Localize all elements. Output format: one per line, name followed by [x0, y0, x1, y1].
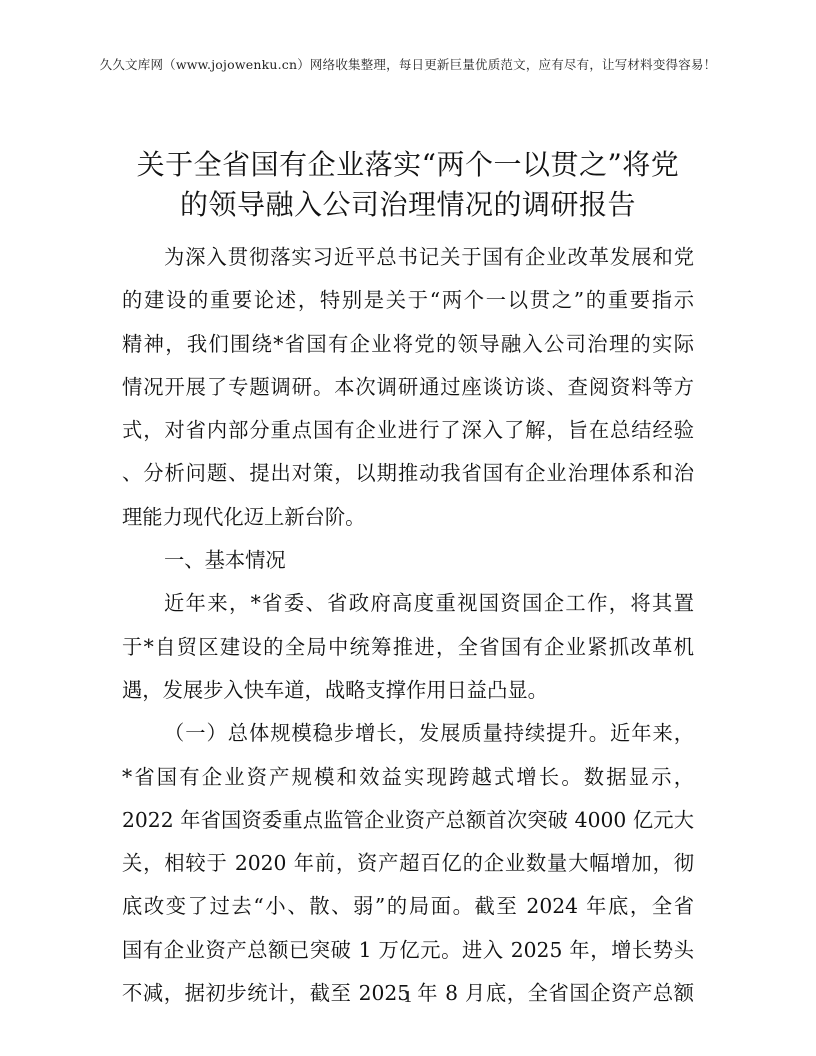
section-heading: 一、基本情况	[122, 539, 694, 582]
title-line: 的领导融入公司治理情况的调研报告	[100, 185, 716, 225]
paragraph-line: 的建设的重要论述，特别是关于“两个一以贯之”的重要指示	[122, 279, 694, 322]
paragraph-line: 底改变了过去“小、散、弱”的局面。截至 2024 年底，全省	[122, 885, 694, 928]
page-number: 1	[0, 988, 816, 1006]
document-title: 关于全省国有企业落实“两个一以贯之”将党 的领导融入公司治理情况的调研报告	[100, 145, 716, 225]
paragraph-line: 、分析问题、提出对策，以期推动我省国有企业治理体系和治	[122, 452, 694, 495]
paragraph-line: 式，对省内部分重点国有企业进行了深入了解，旨在总结经验	[122, 409, 694, 452]
header-note: 久久文库网（www.jojowenku.cn）网络收集整理，每日更新巨量优质范文…	[0, 55, 816, 73]
paragraph-line: 遇，发展步入快车道，战略支撑作用日益凸显。	[122, 669, 694, 712]
title-line: 关于全省国有企业落实“两个一以贯之”将党	[100, 145, 716, 185]
paragraph-line: 近年来，*省委、省政府高度重视国资国企工作，将其置	[122, 582, 694, 625]
paragraph-line: 国有企业资产总额已突破 1 万亿元。进入 2025 年，增长势头	[122, 929, 694, 972]
paragraph-line: 情况开展了专题调研。本次调研通过座谈访谈、查阅资料等方	[122, 366, 694, 409]
paragraph-line: 2022 年省国资委重点监管企业资产总额首次突破 4000 亿元大	[122, 799, 694, 842]
subsection-heading-line: （一）总体规模稳步增长，发展质量持续提升。近年来，	[122, 712, 694, 755]
paragraph-line: 精神，我们围绕*省国有企业将党的领导融入公司治理的实际	[122, 323, 694, 366]
paragraph-line: 理能力现代化迈上新台阶。	[122, 496, 694, 539]
paragraph-line: 为深入贯彻落实习近平总书记关于国有企业改革发展和党	[122, 236, 694, 279]
document-body: 为深入贯彻落实习近平总书记关于国有企业改革发展和党 的建设的重要论述，特别是关于…	[122, 236, 694, 1015]
paragraph-line: 于*自贸区建设的全局中统筹推进，全省国有企业紧抓改革机	[122, 626, 694, 669]
paragraph-line: *省国有企业资产规模和效益实现跨越式增长。数据显示，	[122, 756, 694, 799]
paragraph-line: 关，相较于 2020 年前，资产超百亿的企业数量大幅增加，彻	[122, 842, 694, 885]
